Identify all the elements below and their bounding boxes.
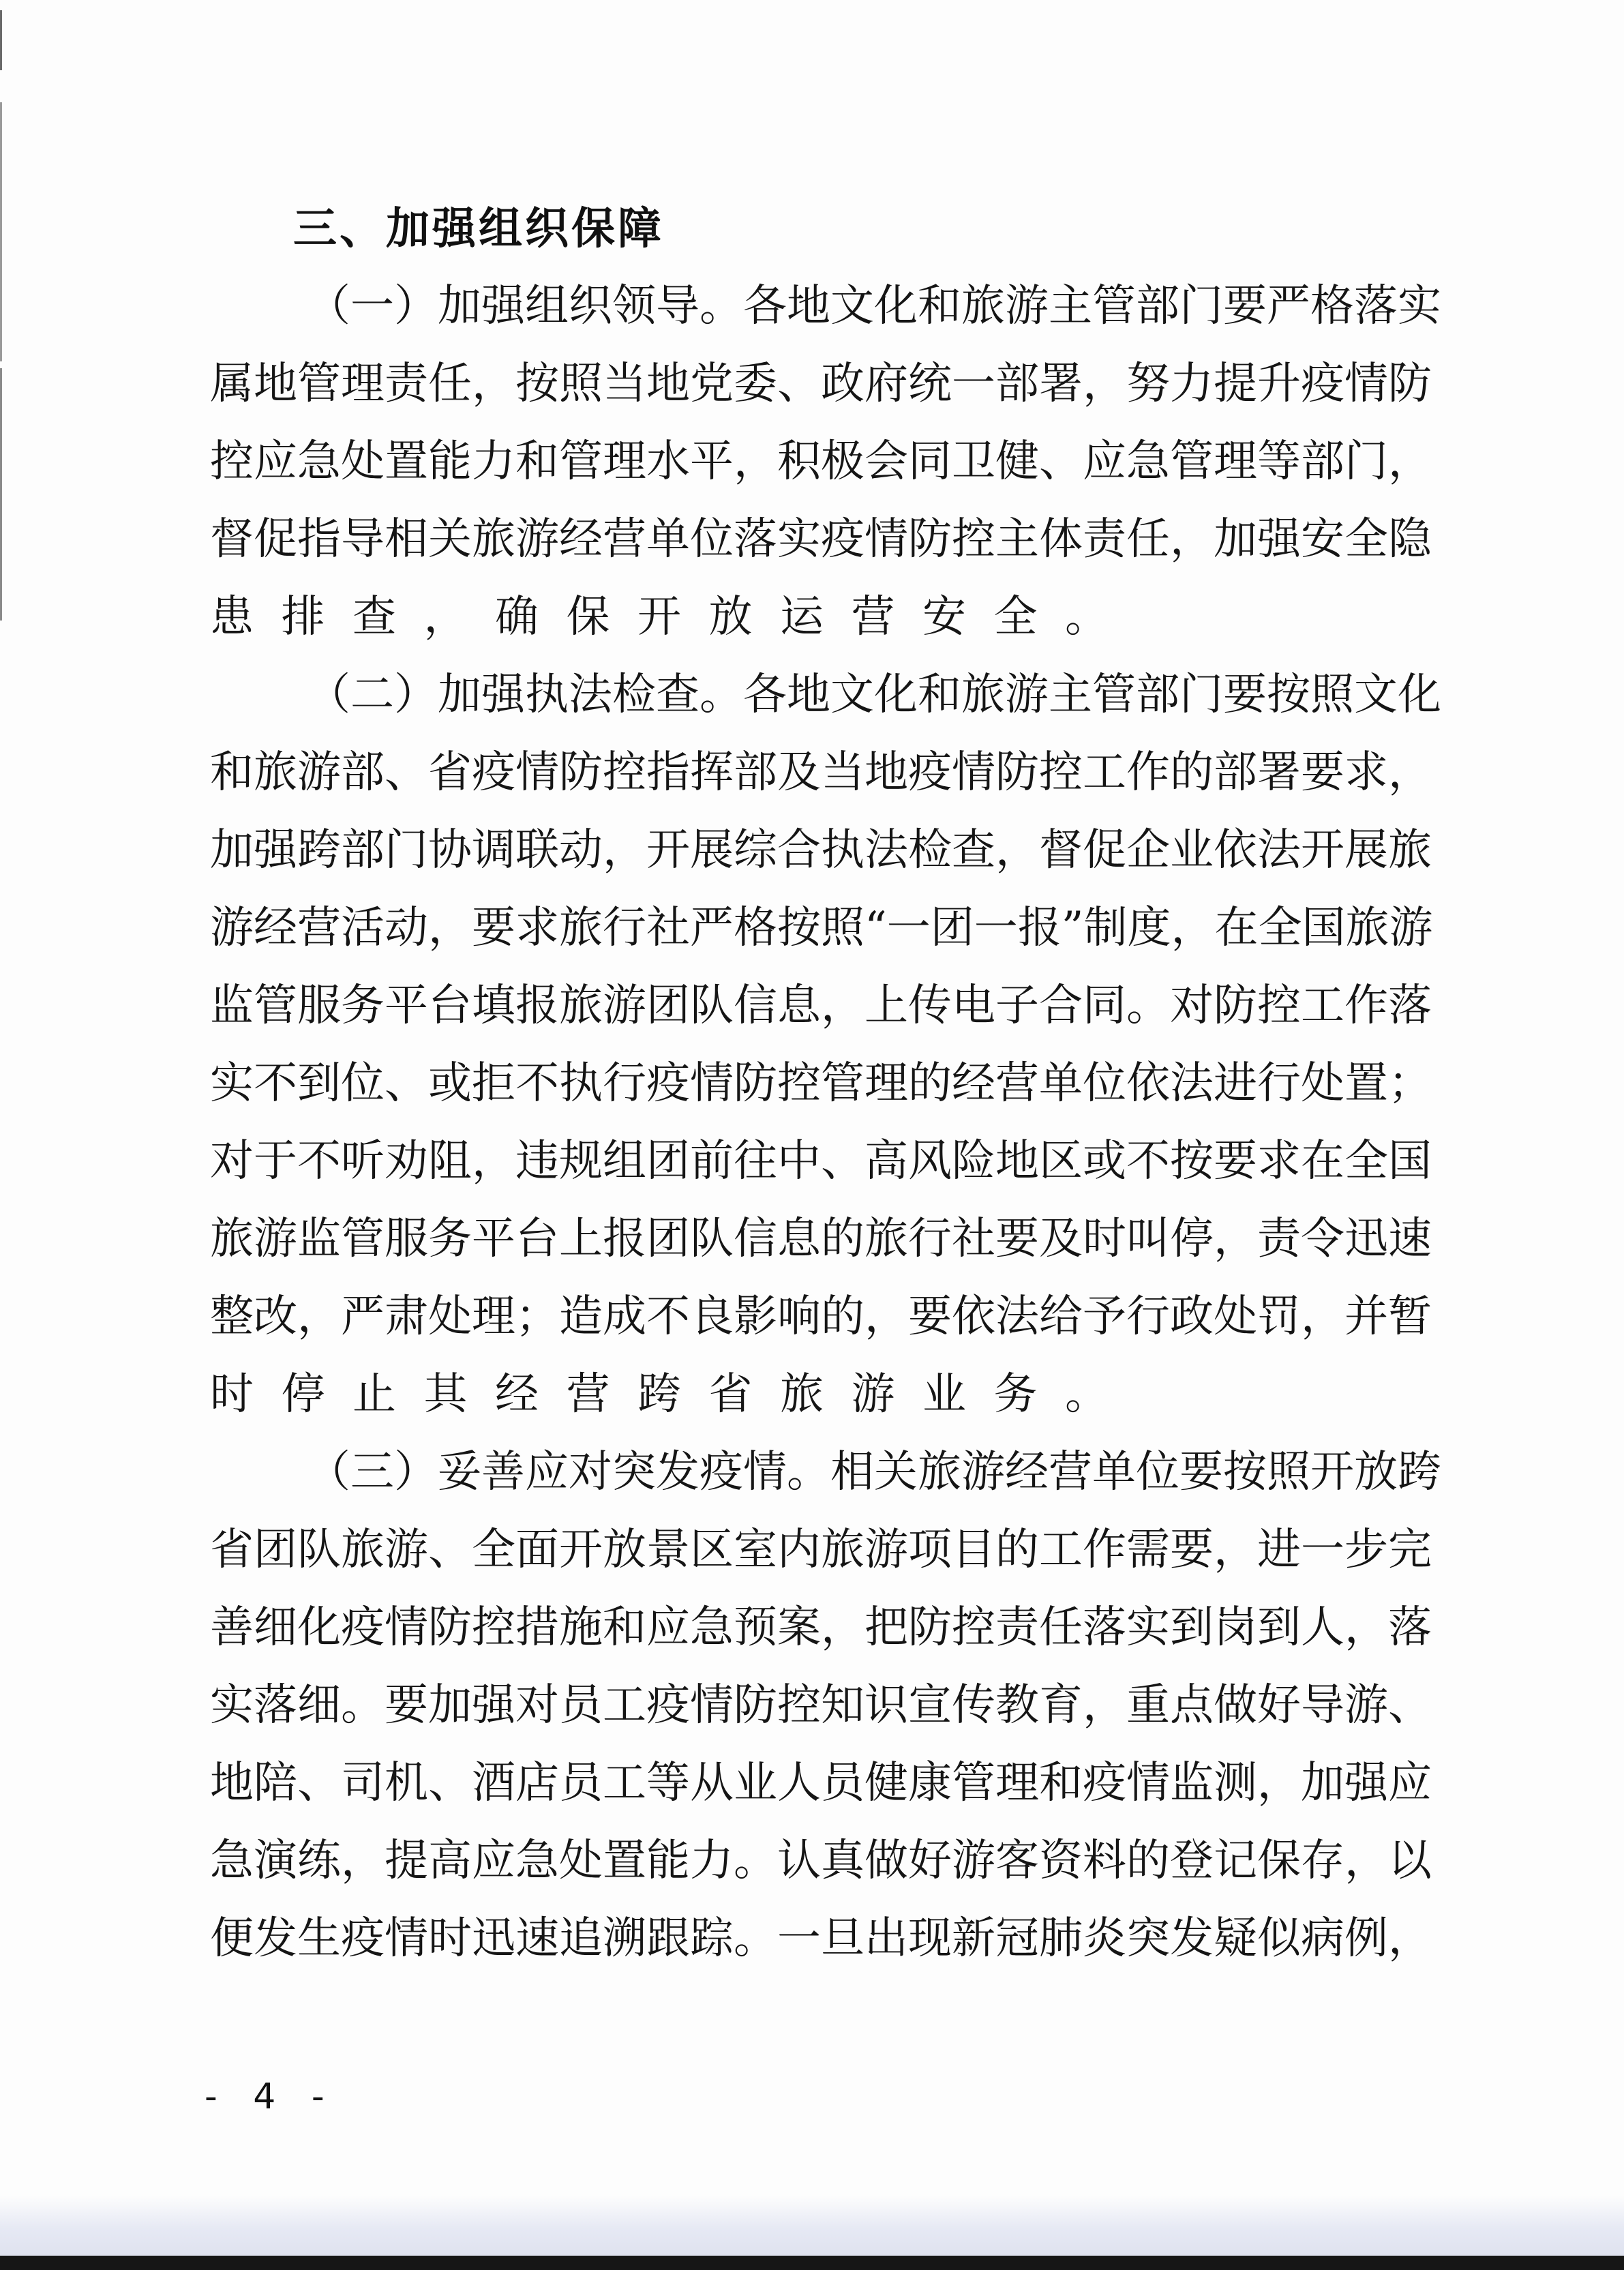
glyph: 二 — [350, 664, 394, 742]
text-line: 旅游监管服务平台上报团队信息的旅行社要及时叫停，责令迅速 — [210, 1208, 1430, 1286]
glyph: 队 — [690, 1208, 734, 1286]
glyph: 应 — [254, 431, 297, 509]
scan-edge-mark — [0, 10, 2, 70]
glyph: 面 — [515, 1519, 559, 1597]
glyph: 对 — [515, 1675, 559, 1752]
glyph: 速 — [515, 1908, 559, 1986]
glyph: 位 — [690, 509, 734, 586]
glyph: 游 — [385, 1519, 428, 1597]
glyph: 平 — [385, 975, 428, 1053]
glyph: 部 — [1136, 275, 1179, 353]
glyph: 主 — [995, 509, 1039, 586]
glyph: 中 — [777, 1131, 821, 1208]
glyph: 认 — [777, 1830, 821, 1908]
glyph: 要 — [1301, 742, 1344, 820]
glyph: 查 — [656, 664, 700, 742]
glyph: ） — [394, 1442, 438, 1519]
glyph: 细 — [254, 1597, 297, 1675]
glyph: 督 — [1039, 820, 1083, 897]
glyph: 格 — [1310, 275, 1354, 353]
glyph: 理 — [1214, 431, 1257, 509]
glyph: 控 — [777, 1675, 821, 1752]
glyph: 游 — [210, 897, 254, 975]
glyph: 司 — [341, 1752, 385, 1830]
glyph: 营 — [297, 897, 341, 975]
section-heading: 三、加强组织保障 — [293, 202, 664, 256]
glyph: 影 — [734, 1286, 777, 1364]
glyph: 作 — [1083, 1519, 1126, 1597]
glyph: 出 — [864, 1908, 908, 1986]
glyph: 调 — [472, 820, 515, 897]
glyph: 组 — [525, 275, 569, 353]
glyph: 国 — [1302, 897, 1345, 975]
glyph: 部 — [341, 820, 385, 897]
glyph: 的 — [1170, 742, 1214, 820]
glyph: ， — [1083, 353, 1126, 431]
glyph: 疫 — [341, 1908, 385, 1986]
glyph: 署 — [1257, 742, 1301, 820]
glyph: 员 — [821, 1752, 864, 1830]
glyph: 情 — [690, 1053, 734, 1131]
glyph: 努 — [1126, 353, 1170, 431]
glyph: 游 — [1344, 1675, 1388, 1752]
glyph: 业 — [1170, 820, 1214, 897]
glyph: 电 — [952, 975, 995, 1053]
glyph: ） — [394, 664, 438, 742]
glyph: 求 — [1257, 1131, 1301, 1208]
glyph: 不 — [254, 1053, 297, 1131]
glyph: 升 — [1257, 353, 1301, 431]
glyph: 高 — [428, 1830, 472, 1908]
glyph: 经 — [952, 1053, 995, 1131]
line-text: 时停止其经营跨省旅游业务。 — [210, 1364, 1137, 1442]
glyph: 执 — [821, 820, 864, 897]
glyph: 防 — [908, 1597, 952, 1675]
glyph: 息 — [777, 1208, 821, 1286]
glyph: 妥 — [438, 1442, 481, 1519]
scan-edge-mark — [0, 102, 2, 361]
glyph: 游 — [1389, 897, 1432, 975]
glyph: ” — [1062, 897, 1084, 975]
text-line: 实落细。要加强对员工疫情防控知识宣传教育，重点做好导游、 — [210, 1675, 1430, 1752]
glyph: 团 — [646, 1131, 690, 1208]
glyph: 需 — [1126, 1519, 1170, 1597]
glyph: 内 — [777, 1519, 821, 1597]
glyph: 责 — [1257, 1208, 1301, 1286]
glyph: 严 — [341, 1286, 385, 1364]
glyph: 游 — [864, 1519, 908, 1597]
glyph: 加 — [210, 820, 254, 897]
glyph: 、 — [1388, 1675, 1432, 1752]
glyph: 情 — [864, 509, 908, 586]
glyph: 照 — [1310, 664, 1354, 742]
glyph: 合 — [777, 820, 821, 897]
glyph: 不 — [297, 1131, 341, 1208]
glyph: 属 — [210, 353, 254, 431]
glyph: 法 — [569, 664, 612, 742]
text-line: 游经营活动，要求旅行社严格按照“一团一报”制度，在全国旅游 — [210, 897, 1430, 975]
glyph: 存 — [1301, 1830, 1344, 1908]
glyph: 例 — [1344, 1908, 1388, 1986]
glyph: ， — [472, 353, 515, 431]
glyph: 游 — [1005, 664, 1049, 742]
text-line: 监管服务平台填报旅游团队信息，上传电子合同。对防控工作落 — [210, 975, 1430, 1053]
text-line: 属地管理责任，按照当地党委、政府统一部署，努力提升疫情防 — [210, 353, 1430, 431]
glyph: 传 — [952, 1675, 995, 1752]
glyph: 文 — [830, 275, 874, 353]
glyph: 不 — [515, 1053, 559, 1131]
glyph: 执 — [525, 664, 569, 742]
glyph: 进 — [1257, 1519, 1301, 1597]
glyph: 疫 — [1083, 1752, 1126, 1830]
glyph: 店 — [515, 1752, 559, 1830]
glyph: 于 — [254, 1131, 297, 1208]
glyph: 经 — [254, 897, 297, 975]
glyph: 处 — [1301, 1053, 1344, 1131]
glyph: 全 — [1344, 509, 1388, 586]
glyph: 导 — [1301, 1675, 1344, 1752]
glyph: 情 — [385, 1908, 428, 1986]
glyph: 客 — [995, 1830, 1039, 1908]
glyph: 游 — [515, 509, 559, 586]
glyph: 便 — [210, 1908, 254, 1986]
glyph: 。 — [734, 1830, 777, 1908]
glyph: 当 — [603, 353, 646, 431]
glyph: 速 — [1388, 1208, 1432, 1286]
glyph: 管 — [559, 431, 603, 509]
glyph: 并 — [1344, 1286, 1388, 1364]
glyph: 化 — [297, 1597, 341, 1675]
glyph: 府 — [864, 353, 908, 431]
glyph: 按 — [1223, 1442, 1267, 1519]
glyph: 委 — [734, 353, 777, 431]
glyph: ， — [1214, 1208, 1257, 1286]
glyph: 主 — [1049, 275, 1092, 353]
glyph: 教 — [995, 1675, 1039, 1752]
glyph: 报 — [515, 975, 559, 1053]
glyph: 队 — [297, 1519, 341, 1597]
glyph: 营 — [1049, 1442, 1092, 1519]
glyph: 化 — [874, 664, 918, 742]
glyph: 开 — [559, 1519, 603, 1597]
glyph: 力 — [690, 1830, 734, 1908]
glyph: ， — [1344, 1597, 1388, 1675]
glyph: 等 — [1257, 431, 1301, 509]
glyph: 控 — [210, 431, 254, 509]
glyph: ， — [821, 1597, 864, 1675]
glyph: 一 — [887, 897, 931, 975]
glyph: 省 — [210, 1519, 254, 1597]
glyph: 旅 — [864, 1208, 908, 1286]
glyph: 全 — [472, 1519, 515, 1597]
glyph: 控 — [1257, 975, 1301, 1053]
glyph: 地 — [787, 664, 830, 742]
glyph: 暂 — [1388, 1286, 1432, 1364]
glyph: ， — [341, 1830, 385, 1908]
glyph: 员 — [559, 1752, 603, 1830]
glyph: 企 — [1126, 820, 1170, 897]
glyph: 报 — [603, 1208, 646, 1286]
glyph: 违 — [515, 1131, 559, 1208]
glyph: 游 — [297, 742, 341, 820]
glyph: 情 — [743, 1442, 787, 1519]
text-line: （一）加强组织领导。各地文化和旅游主管部门要严格落实 — [210, 275, 1430, 353]
glyph: 填 — [472, 975, 515, 1053]
glyph: 理 — [341, 353, 385, 431]
glyph: 力 — [1170, 353, 1214, 431]
glyph: 度 — [1127, 897, 1171, 975]
glyph: 领 — [612, 275, 656, 353]
glyph: 管 — [297, 353, 341, 431]
glyph: 协 — [428, 820, 472, 897]
glyph: 要 — [1170, 1519, 1214, 1597]
glyph: 工 — [1039, 1519, 1083, 1597]
glyph: 务 — [341, 975, 385, 1053]
glyph: 到 — [1257, 1597, 1301, 1675]
glyph: 展 — [1344, 820, 1388, 897]
text-line: 患排查，确保开放运营安全。 — [210, 586, 1430, 664]
glyph: 旅 — [254, 742, 297, 820]
text-line: 实不到位、或拒不执行疫情防控管理的经营单位依法进行处置； — [210, 1053, 1430, 1131]
glyph: 区 — [690, 1519, 734, 1597]
glyph: 管 — [1092, 664, 1136, 742]
glyph: 社 — [952, 1208, 995, 1286]
glyph: 应 — [525, 1442, 569, 1519]
glyph: 防 — [559, 742, 603, 820]
glyph: 党 — [690, 353, 734, 431]
glyph: ， — [734, 431, 777, 509]
glyph: 水 — [646, 431, 690, 509]
glyph: 地 — [646, 353, 690, 431]
glyph: 要 — [385, 1675, 428, 1752]
glyph: 监 — [210, 975, 254, 1053]
glyph: 岗 — [1214, 1597, 1257, 1675]
glyph: 善 — [210, 1597, 254, 1675]
glyph: 实 — [1398, 275, 1441, 353]
glyph: 理 — [995, 1752, 1039, 1830]
glyph: 门 — [1179, 275, 1223, 353]
glyph: 力 — [472, 431, 515, 509]
glyph: 提 — [1214, 353, 1257, 431]
text-line: 整改，严肃处理；造成不良影响的，要依法给予行政处罚，并暂 — [210, 1286, 1430, 1364]
glyph: 展 — [690, 820, 734, 897]
glyph: 置 — [603, 1830, 646, 1908]
glyph: 行 — [603, 1053, 646, 1131]
glyph: 动 — [385, 897, 428, 975]
glyph: 疫 — [646, 1675, 690, 1752]
glyph: 控 — [952, 509, 995, 586]
glyph: ， — [864, 1286, 908, 1364]
glyph: 突 — [612, 1442, 656, 1519]
glyph: 全 — [1258, 897, 1302, 975]
glyph: 要 — [1223, 664, 1267, 742]
glyph: 落 — [1354, 275, 1398, 353]
glyph: 化 — [1398, 664, 1441, 742]
glyph: 会 — [864, 431, 908, 509]
glyph: 做 — [1214, 1675, 1257, 1752]
glyph: 各 — [743, 275, 787, 353]
glyph: 落 — [734, 509, 777, 586]
glyph: 极 — [821, 431, 864, 509]
glyph: 位 — [341, 1053, 385, 1131]
glyph: ， — [1083, 1675, 1126, 1752]
glyph: 练 — [297, 1830, 341, 1908]
glyph: 责 — [995, 1597, 1039, 1675]
glyph: 健 — [864, 1752, 908, 1830]
glyph: 预 — [734, 1597, 777, 1675]
glyph: 团 — [931, 897, 974, 975]
glyph: 单 — [1039, 1053, 1083, 1131]
glyph: 省 — [428, 742, 472, 820]
glyph: 台 — [428, 975, 472, 1053]
glyph: 要 — [995, 1208, 1039, 1286]
glyph: 室 — [734, 1519, 777, 1597]
glyph: 管 — [254, 975, 297, 1053]
glyph: 康 — [908, 1752, 952, 1830]
glyph: 强 — [472, 1675, 515, 1752]
glyph: 要 — [1223, 275, 1267, 353]
glyph: 措 — [515, 1597, 559, 1675]
glyph: 。 — [700, 275, 743, 353]
glyph: ， — [472, 1131, 515, 1208]
glyph: 强 — [481, 275, 525, 353]
glyph: 组 — [603, 1131, 646, 1208]
glyph: 处 — [559, 1830, 603, 1908]
glyph: 游 — [1005, 275, 1049, 353]
glyph: 迅 — [472, 1908, 515, 1986]
glyph: 游 — [254, 1208, 297, 1286]
glyph: 、 — [428, 1519, 472, 1597]
glyph: 登 — [1170, 1830, 1214, 1908]
glyph: 规 — [559, 1131, 603, 1208]
glyph: 对 — [569, 1442, 612, 1519]
glyph: 同 — [908, 431, 952, 509]
glyph: 改 — [254, 1286, 297, 1364]
glyph: 落 — [1083, 1597, 1126, 1675]
scan-edge-mark — [0, 368, 2, 621]
glyph: 急 — [297, 431, 341, 509]
glyph: 新 — [952, 1908, 995, 1986]
glyph: 团 — [646, 975, 690, 1053]
glyph: ， — [1257, 1752, 1301, 1830]
glyph: 综 — [734, 820, 777, 897]
text-line: 加强跨部门协调联动，开展综合执法检查，督促企业依法开展旅 — [210, 820, 1430, 897]
glyph: 位 — [1083, 1053, 1126, 1131]
glyph: 景 — [646, 1519, 690, 1597]
glyph: 造 — [559, 1286, 603, 1364]
glyph: 制 — [1083, 897, 1127, 975]
text-line: （二）加强执法检查。各地文化和旅游主管部门要按照文化 — [210, 664, 1430, 742]
glyph: 防 — [734, 1675, 777, 1752]
glyph: 管 — [341, 1208, 385, 1286]
glyph: 严 — [1267, 275, 1310, 353]
glyph: 旅 — [961, 664, 1005, 742]
scan-shadow — [0, 2196, 1624, 2256]
glyph: 落 — [1388, 1597, 1432, 1675]
glyph: 经 — [1005, 1442, 1049, 1519]
glyph: 和 — [918, 275, 961, 353]
glyph: 营 — [603, 509, 646, 586]
glyph: 一 — [974, 897, 1018, 975]
glyph: ， — [1344, 1830, 1388, 1908]
glyph: 疫 — [646, 1053, 690, 1131]
glyph: 重 — [1126, 1675, 1170, 1752]
glyph: 往 — [734, 1131, 777, 1208]
glyph: 处 — [428, 1286, 472, 1364]
glyph: 法 — [995, 1286, 1039, 1364]
glyph: 似 — [1257, 1908, 1301, 1986]
glyph: 部 — [734, 742, 777, 820]
glyph: 台 — [515, 1208, 559, 1286]
glyph: 地 — [787, 275, 830, 353]
glyph: 疫 — [341, 1597, 385, 1675]
glyph: 炎 — [1083, 1908, 1126, 1986]
glyph: 应 — [472, 1830, 515, 1908]
glyph: 叫 — [1126, 1208, 1170, 1286]
glyph: 法 — [1170, 1053, 1214, 1131]
glyph: 在 — [1301, 1131, 1344, 1208]
glyph: 防 — [428, 1597, 472, 1675]
glyph: ， — [428, 897, 472, 975]
glyph: 旅 — [1345, 897, 1389, 975]
glyph: 加 — [438, 275, 481, 353]
glyph: 和 — [1039, 1752, 1083, 1830]
glyph: 相 — [830, 1442, 874, 1519]
glyph: 体 — [1039, 509, 1083, 586]
glyph: 三 — [350, 1442, 394, 1519]
page-number: - 4 - — [205, 2073, 337, 2121]
glyph: 旦 — [821, 1908, 864, 1986]
glyph: 一 — [777, 1908, 821, 1986]
glyph: 加 — [1301, 1752, 1344, 1830]
glyph: 联 — [515, 820, 559, 897]
glyph: 服 — [297, 975, 341, 1053]
glyph: 、 — [385, 742, 428, 820]
glyph: 令 — [1301, 1208, 1344, 1286]
glyph: 善 — [481, 1442, 525, 1519]
glyph: 行 — [1257, 1053, 1301, 1131]
glyph: 要 — [1214, 1131, 1257, 1208]
glyph: 对 — [210, 1131, 254, 1208]
glyph: 能 — [646, 1830, 690, 1908]
glyph: 强 — [481, 664, 525, 742]
glyph: 的 — [821, 1208, 864, 1286]
glyph: 急 — [690, 1597, 734, 1675]
glyph: 动 — [559, 820, 603, 897]
glyph: 情 — [952, 742, 995, 820]
glyph: 对 — [1170, 975, 1214, 1053]
glyph: 加 — [438, 664, 481, 742]
glyph: 工 — [1083, 742, 1126, 820]
glyph: 要 — [908, 1286, 952, 1364]
glyph: 情 — [690, 1675, 734, 1752]
glyph: 陪 — [254, 1752, 297, 1830]
glyph: 责 — [385, 353, 428, 431]
glyph: 上 — [864, 975, 908, 1053]
glyph: 营 — [995, 1053, 1039, 1131]
glyph: 开 — [1301, 820, 1344, 897]
glyph: 做 — [864, 1830, 908, 1908]
glyph: 施 — [559, 1597, 603, 1675]
glyph: 予 — [1083, 1286, 1126, 1364]
glyph: 信 — [734, 1208, 777, 1286]
glyph: ， — [297, 1286, 341, 1364]
glyph: 政 — [1170, 1286, 1214, 1364]
glyph: 目 — [952, 1519, 995, 1597]
glyph: 。 — [734, 1908, 777, 1986]
glyph: ， — [1388, 1908, 1432, 1986]
glyph: 、 — [385, 1053, 428, 1131]
